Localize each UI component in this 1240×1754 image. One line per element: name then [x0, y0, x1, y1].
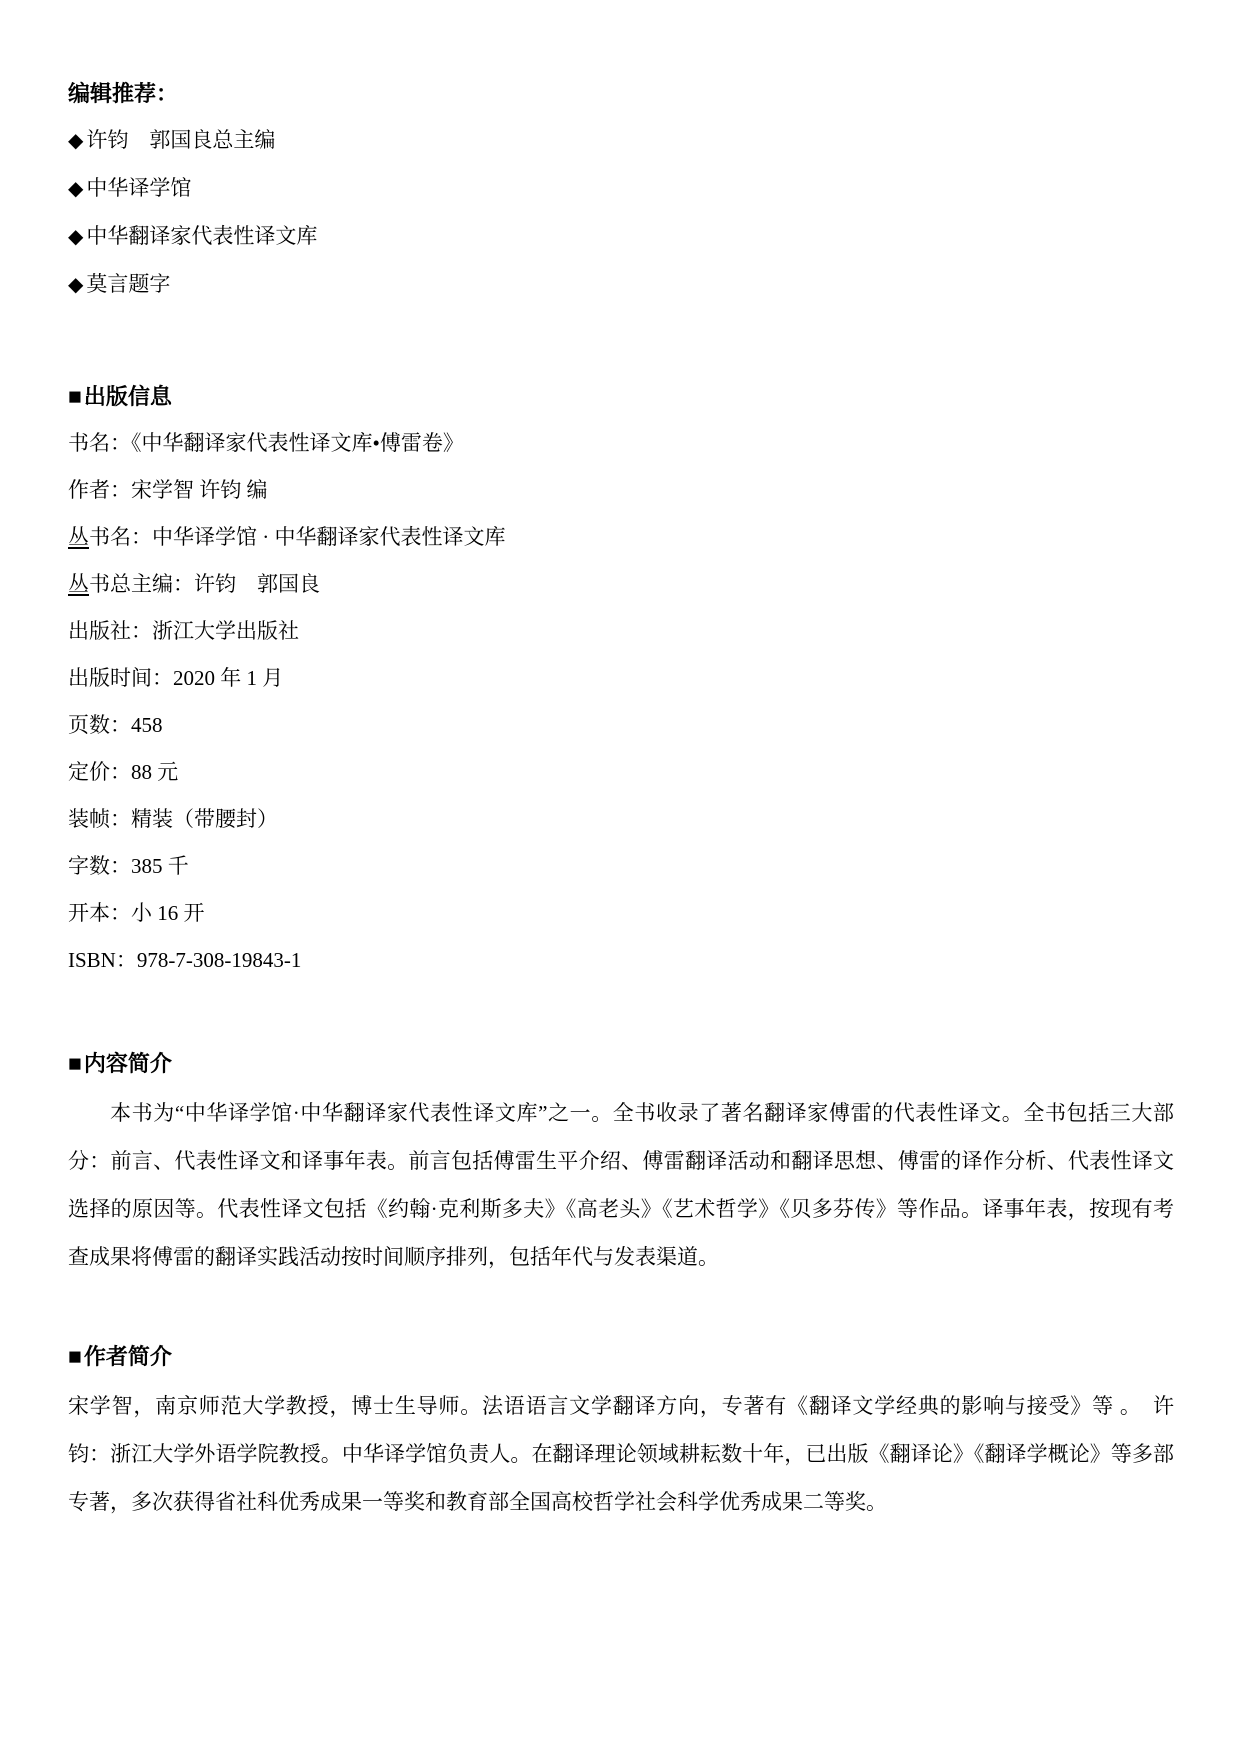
- diamond-bullet-icon: ◆: [68, 226, 83, 248]
- author-intro-section: ■作者简介 宋学智，南京师范大学教授，博士生导师。法语语言文学翻译方向，专著有《…: [68, 1333, 1174, 1526]
- field-label: 字数：: [68, 854, 131, 878]
- black-square-icon: ■: [68, 1344, 82, 1369]
- field-label: 开本：: [68, 901, 131, 925]
- field-word-count: 字数：385 千: [68, 843, 1174, 890]
- bullet-item-text: 中华译学馆: [86, 176, 191, 200]
- field-book-title: 书名：《中华翻译家代表性译文库•傅雷卷》: [68, 420, 1174, 467]
- content-summary-heading: ■内容简介: [68, 1040, 1174, 1087]
- diamond-bullet-icon: ◆: [68, 178, 83, 200]
- field-price: 定价：88 元: [68, 749, 1174, 796]
- field-series-name: 丛书名：中华译学馆 · 中华翻译家代表性译文库: [68, 514, 1174, 561]
- editor-recommendation-section: 编辑推荐： ◆许钧 郭国良总主编 ◆中华译学馆 ◆中华翻译家代表性译文库 ◆莫言…: [68, 70, 1174, 309]
- field-label: 定价：: [68, 760, 131, 784]
- field-isbn: ISBN：978-7-308-19843-1: [68, 937, 1174, 984]
- field-value: 浙江大学出版社: [152, 619, 299, 643]
- publication-info-heading: ■出版信息: [68, 373, 1174, 420]
- bullet-item-text: 莫言题字: [86, 272, 170, 296]
- field-label-underlined: 丛: [68, 525, 89, 549]
- content-summary-section: ■内容简介 本书为“中华译学馆·中华翻译家代表性译文库”之一。全书收录了著名翻译…: [68, 1040, 1174, 1281]
- author-intro-heading-text: 作者简介: [84, 1344, 172, 1369]
- bullet-item-chief-editors: ◆许钧 郭国良总主编: [68, 117, 1174, 165]
- field-value: 458: [131, 713, 163, 737]
- black-square-icon: ■: [68, 384, 82, 409]
- field-series-chief-editors: 丛书总主编：许钧 郭国良: [68, 561, 1174, 608]
- diamond-bullet-icon: ◆: [68, 274, 83, 296]
- field-value: 2020 年 1 月: [173, 666, 283, 690]
- field-publisher: 出版社：浙江大学出版社: [68, 608, 1174, 655]
- publication-info-heading-text: 出版信息: [84, 384, 172, 409]
- document-page: 编辑推荐： ◆许钧 郭国良总主编 ◆中华译学馆 ◆中华翻译家代表性译文库 ◆莫言…: [0, 0, 1240, 1754]
- content-summary-paragraph: 本书为“中华译学馆·中华翻译家代表性译文库”之一。全书收录了著名翻译家傅雷的代表…: [68, 1089, 1174, 1281]
- field-value: 978-7-308-19843-1: [137, 948, 301, 972]
- black-square-icon: ■: [68, 1051, 82, 1076]
- field-label: 出版社：: [68, 619, 152, 643]
- field-label: 装帧：: [68, 807, 131, 831]
- author-intro-paragraph: 宋学智，南京师范大学教授，博士生导师。法语语言文学翻译方向，专著有《翻译文学经典…: [68, 1382, 1174, 1526]
- bullet-item-translation-academy: ◆中华译学馆: [68, 165, 1174, 213]
- field-publish-date: 出版时间：2020 年 1 月: [68, 655, 1174, 702]
- bullet-item-library-series: ◆中华翻译家代表性译文库: [68, 213, 1174, 261]
- field-label: 出版时间：: [68, 666, 173, 690]
- field-format: 开本：小 16 开: [68, 890, 1174, 937]
- field-label: 页数：: [68, 713, 131, 737]
- field-value: 中华译学馆 · 中华翻译家代表性译文库: [152, 525, 506, 549]
- field-label: ISBN：: [68, 948, 137, 972]
- field-value: 小 16 开: [131, 901, 205, 925]
- field-value: 宋学智 许钧 编: [131, 478, 268, 502]
- field-label-underlined: 丛: [68, 572, 89, 596]
- field-value: 《中华翻译家代表性译文库•傅雷卷》: [131, 431, 464, 455]
- field-author: 作者：宋学智 许钧 编: [68, 467, 1174, 514]
- field-label: 书名：: [68, 431, 131, 455]
- editor-recommendation-heading-text: 编辑推荐：: [68, 81, 178, 106]
- field-binding: 装帧：精装（带腰封）: [68, 796, 1174, 843]
- editor-recommendation-heading: 编辑推荐：: [68, 70, 1174, 117]
- publication-info-section: ■出版信息 书名：《中华翻译家代表性译文库•傅雷卷》 作者：宋学智 许钧 编 丛…: [68, 373, 1174, 984]
- field-page-count: 页数：458: [68, 702, 1174, 749]
- field-value: 许钧 郭国良: [194, 572, 320, 596]
- content-summary-heading-text: 内容简介: [84, 1051, 172, 1076]
- bullet-item-moyan-inscription: ◆莫言题字: [68, 261, 1174, 309]
- field-label: 作者：: [68, 478, 131, 502]
- bullet-item-text: 许钧 郭国良总主编: [86, 128, 275, 152]
- field-value: 385 千: [131, 854, 189, 878]
- field-label: 书总主编：: [89, 572, 194, 596]
- field-value: 88 元: [131, 760, 178, 784]
- bullet-item-text: 中华翻译家代表性译文库: [86, 224, 317, 248]
- author-intro-heading: ■作者简介: [68, 1333, 1174, 1380]
- field-value: 精装（带腰封）: [131, 807, 278, 831]
- field-label: 书名：: [89, 525, 152, 549]
- diamond-bullet-icon: ◆: [68, 130, 83, 152]
